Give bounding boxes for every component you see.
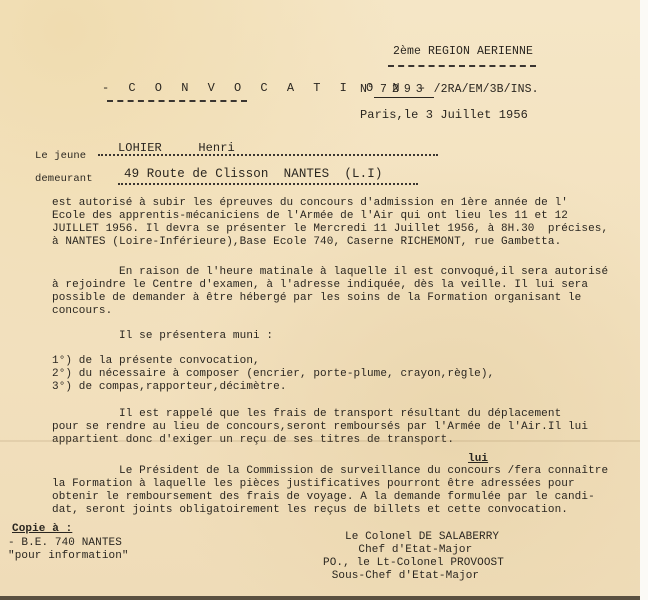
place-date: Paris,le 3 Juillet 1956 (360, 108, 528, 122)
signature-line-3: PO., le Lt-Colonel PROVOOST (323, 557, 504, 570)
signature-line-4: Sous-Chef d'Etat-Major (325, 570, 479, 583)
paragraph-1-line-1: est autorisé à subir les épreuves du con… (52, 197, 568, 211)
copy-to-label: Copie à : (12, 522, 72, 536)
paragraph-5-line-2: la Formation à laquelle les pièces justi… (52, 478, 575, 492)
name-label: Le jeune (35, 149, 86, 163)
region-underline (388, 65, 536, 67)
region-heading: 2ème REGION AERIENNE (393, 45, 533, 59)
paragraph-4-line-2: pour se rendre au lieu de concours,seron… (52, 421, 588, 435)
paragraph-2-line-4: concours. (52, 305, 112, 319)
paragraph-2-line-3: possible de demander à être hébergé par … (52, 292, 581, 306)
signature-line-2: Chef d'Etat-Major (345, 544, 472, 557)
scan-bottom-edge (0, 596, 640, 600)
copy-to-recipient: - B.E. 740 NANTES (8, 536, 122, 550)
list-item-1: 1°) de la présente convocation, (52, 355, 260, 369)
paragraph-5-line-3: obtenir le remboursement des frais de vo… (52, 491, 595, 505)
scan-edge (640, 0, 648, 600)
name-dotted-line (98, 154, 438, 156)
signature-line-1: Le Colonel DE SALABERRY (345, 531, 499, 544)
recipient-last-name: LOHIER (118, 141, 162, 155)
reference-value: 7293 (374, 83, 434, 98)
recipient-address: 49 Route de Clisson NANTES (L.I) (124, 167, 382, 181)
paragraph-5-line-1: Le Président de la Commission de surveil… (52, 465, 608, 479)
reference-prefix: N° (360, 83, 374, 96)
paragraph-1-line-3: JUILLET 1956. Il devra se présenter le M… (52, 223, 608, 237)
copy-to-note: "pour information" (8, 549, 129, 563)
address-label: demeurant (35, 172, 93, 186)
paragraph-2-line-1: En raison de l'heure matinale à laquelle… (52, 266, 608, 280)
paragraph-4-line-1: Il est rappelé que les frais de transpor… (52, 408, 561, 422)
paper-fold (0, 440, 648, 442)
title-underline (107, 100, 247, 102)
handwritten-insert: lui (468, 452, 488, 466)
reference-number: N°7293/2RA/EM/3B/INS. (360, 83, 539, 98)
address-dotted-line (118, 183, 418, 185)
paragraph-2-line-2: à rejoindre le Centre d'examen, à l'adre… (52, 279, 588, 293)
paragraph-5-line-4: dat, seront joints obligatoirement les r… (52, 504, 568, 518)
list-item-3: 3°) de compas,rapporteur,décimètre. (52, 381, 287, 395)
reference-suffix: /2RA/EM/3B/INS. (434, 83, 539, 96)
paragraph-3-line-1: Il se présentera muni : (52, 330, 273, 344)
paragraph-1-line-2: Ecole des apprentis-mécaniciens de l'Arm… (52, 210, 568, 224)
letter-page: 2ème REGION AERIENNE - C O N V O C A T I… (0, 0, 648, 600)
recipient-name: LOHIER Henri (118, 141, 235, 155)
recipient-first-name: Henri (198, 141, 235, 155)
list-item-2: 2°) du nécessaire à composer (encrier, p… (52, 368, 494, 382)
paragraph-1-line-4: à NANTES (Loire-Inférieure),Base Ecole 7… (52, 236, 561, 250)
